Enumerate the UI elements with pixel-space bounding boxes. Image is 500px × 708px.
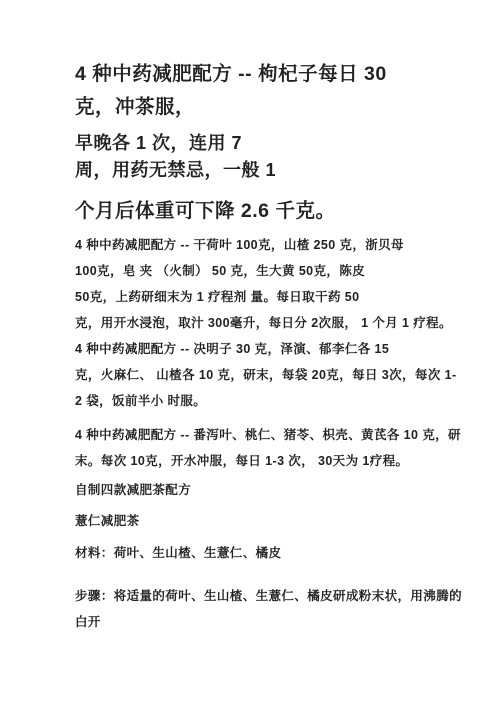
tea-section-title: 自制四款减肥茶配方 — [75, 477, 470, 503]
headline-block-3: 个月后体重可下降 2.6 千克。 — [75, 196, 470, 226]
document-body: 4 种中药减肥配方 -- 枸杞子每日 30 克，冲茶服， 早晚各 1 次，连用 … — [0, 0, 500, 635]
paragraph-line: 末。每次 10克，开水冲服，每日 1-3 次， 30天为 1疗程。 — [75, 448, 470, 474]
headline-block-2: 早晚各 1 次，连用 7 周，用药无禁忌，一般 1 — [75, 130, 470, 184]
paragraph-line: 克，用开水浸泡，取汁 300毫升，每日分 2次服， 1 个月 1 疗程。 — [75, 310, 470, 336]
headline-line: 早晚各 1 次，连用 7 — [75, 130, 470, 157]
paragraph-line: 白开 — [75, 609, 470, 635]
headline-line: 克，冲茶服， — [75, 91, 470, 124]
paragraph-line: 克，火麻仁、 山楂各 10 克，研末，每袋 20克，每日 3次，每次 1- — [75, 362, 470, 388]
headline-block-1: 4 种中药减肥配方 -- 枸杞子每日 30 克，冲茶服， — [75, 58, 470, 124]
document-page: 4 种中药减肥配方 -- 枸杞子每日 30 克，冲茶服， 早晚各 1 次，连用 … — [0, 0, 500, 708]
paragraph-line: 4 种中药减肥配方 -- 番泻叶、桃仁、猪苓、枳壳、黄芪各 10 克，研 — [75, 422, 470, 448]
paragraph-recipe-ganheye: 4 种中药减肥配方 -- 干荷叶 100克，山楂 250 克，浙贝母 100克，… — [75, 232, 470, 336]
headline-line: 周，用药无禁忌，一般 1 — [75, 157, 470, 184]
paragraph-line: 50克，上药研细末为 1 疗程剂 量。每日取干药 50 — [75, 284, 470, 310]
paragraph-line: 100克，皂 夹 （火制） 50 克，生大黄 50克，陈皮 — [75, 258, 470, 284]
tea-name: 薏仁减肥茶 — [75, 508, 470, 534]
paragraph-line: 2 袋，饭前半小 时服。 — [75, 388, 470, 414]
headline-line: 4 种中药减肥配方 -- 枸杞子每日 30 — [75, 58, 470, 91]
paragraph-recipe-juemingzi: 4 种中药减肥配方 -- 决明子 30 克，泽演、郁李仁各 15 克，火麻仁、 … — [75, 336, 470, 414]
paragraph-line: 步骤：将适量的荷叶、生山楂、生薏仁、橘皮研成粉末状，用沸腾的 — [75, 583, 470, 609]
paragraph-line: 4 种中药减肥配方 -- 干荷叶 100克，山楂 250 克，浙贝母 — [75, 232, 470, 258]
paragraph-line: 4 种中药减肥配方 -- 决明子 30 克，泽演、郁李仁各 15 — [75, 336, 470, 362]
paragraph-recipe-fanxieye: 4 种中药减肥配方 -- 番泻叶、桃仁、猪苓、枳壳、黄芪各 10 克，研 末。每… — [75, 422, 470, 474]
paragraph-steps: 步骤：将适量的荷叶、生山楂、生薏仁、橘皮研成粉末状，用沸腾的 白开 — [75, 583, 470, 635]
materials-line: 材料：荷叶、生山楂、生薏仁、橘皮 — [75, 540, 470, 566]
